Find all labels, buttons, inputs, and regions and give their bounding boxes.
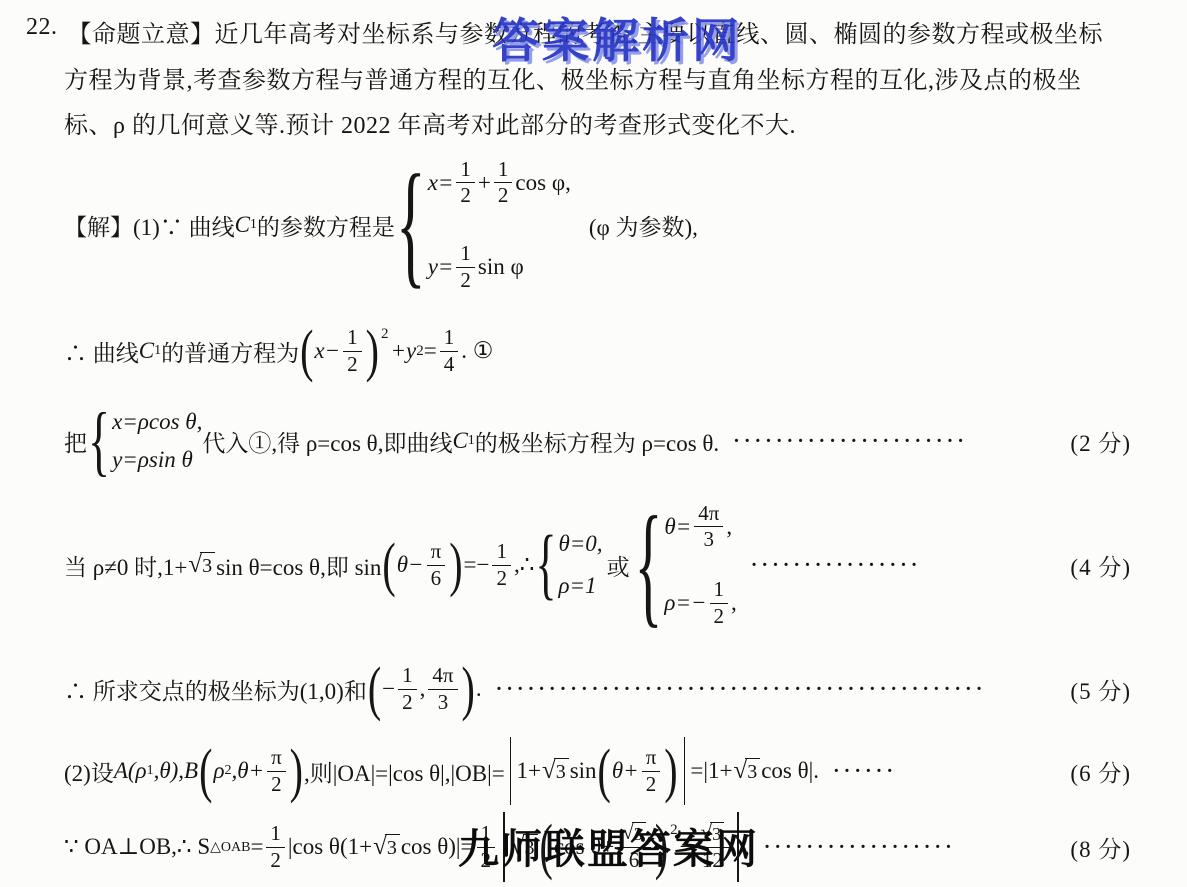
x-minus: x− (314, 338, 340, 364)
point-A: A(ρ (114, 758, 147, 784)
fraction-denominator: 3 (438, 690, 449, 715)
step4-eq: =− (464, 552, 490, 578)
dot-leader: ················ (751, 554, 1063, 577)
equation-label-1: . ① (461, 338, 493, 364)
comma: , (420, 676, 426, 702)
or-word: 或 (607, 549, 630, 582)
step6-prefix: (2)设 (64, 755, 114, 788)
squared-binomial: ( x− 12 ) 2 (299, 326, 390, 376)
case-1: θ=0, ρ=1 (558, 531, 602, 599)
right-paren: ) (664, 741, 677, 801)
left-brace: { (635, 497, 663, 633)
sqrt-radical: √3 (373, 834, 400, 860)
case1-rho: ρ=1 (558, 573, 596, 599)
fraction-numerator: 1 (494, 158, 513, 184)
rho2: ρ (213, 758, 224, 784)
fraction-denominator: 2 (714, 604, 725, 629)
period: . (476, 676, 482, 702)
fraction-numerator: π (427, 540, 446, 566)
step6-eq: =|1+ (690, 758, 732, 784)
fraction: π6 (427, 540, 446, 590)
problem-number: 22. (26, 14, 58, 49)
point-B-coords: ( ρ2 ,θ+ π2 ) (198, 746, 304, 796)
curve-subscript: 1 (468, 433, 475, 449)
fraction-denominator: 2 (646, 772, 657, 797)
sqrt-radical: √3 (542, 758, 569, 784)
fraction-numerator: 1 (266, 822, 285, 848)
x-polar: x=ρcos θ, (112, 409, 202, 435)
fraction: 12 (398, 664, 417, 714)
left-brace: { (88, 402, 110, 480)
fraction-denominator: 2 (460, 268, 471, 293)
exponent-2: 2 (381, 326, 389, 343)
abs-bar (684, 737, 686, 805)
step3-prefix: 把 (64, 425, 87, 458)
sin-argument: ( θ+ π2 ) (597, 746, 679, 796)
intro-text-3: 标、ρ 的几何意义等.预计 2022 年高考对此部分的考查形式变化不大. (64, 113, 796, 139)
fraction: 12 (710, 578, 729, 628)
triangle-subscript: △OAB (210, 839, 250, 856)
fraction-denominator: 6 (431, 566, 442, 591)
case2-theta: θ= 4π3 , (664, 502, 732, 552)
parametric-equations: x= 12 + 12 cos φ, y= 12 sin φ (428, 158, 571, 292)
x-lhs: x= (428, 170, 454, 196)
radicand: 3 (554, 758, 569, 784)
left-paren: ( (382, 535, 395, 595)
step2-mid: 的普通方程为 (161, 335, 299, 368)
solution-step-intersection-cases: 当 ρ≠0 时,1+ √3 sin θ=cos θ,即 sin ( θ− π6 … (64, 482, 1131, 648)
fraction-numerator: 1 (710, 578, 729, 604)
exam-answer-page: 答案解析网 九师联盟答案网 22. 【命题立意】近几年高考对坐标系与参数方程的考… (0, 0, 1187, 887)
equation-y: y= 12 sin φ (428, 242, 524, 292)
solution-step-intersection-result: ∴ 所求交点的极坐标为(1,0)和 ( − 12 , 4π3 ) . ·····… (64, 652, 1131, 726)
step7-abs1: |cos θ(1+ (288, 834, 372, 860)
plus-y: +y (390, 338, 416, 364)
parameter-note: (φ 为参数), (589, 209, 698, 242)
score-6: (6 分) (1070, 755, 1131, 788)
solution-step-parametric: 【解】(1)∵ 曲线 C 1 的参数方程是 { x= 12 + 12 cos φ… (64, 150, 1131, 300)
point-A-tail: ,θ), (154, 758, 184, 784)
fraction: 12 (492, 540, 511, 590)
step1-suffix: 的参数方程是 (257, 209, 395, 242)
theta-minus: θ− (397, 552, 424, 578)
curve-symbol: C (139, 338, 154, 364)
fraction-numerator: 1 (492, 540, 511, 566)
fraction-numerator: 1 (456, 158, 475, 184)
fraction-numerator: 1 (343, 326, 362, 352)
step3-tail: 的极坐标方程为 ρ=cos θ. (475, 425, 719, 458)
comma: , (731, 590, 737, 616)
solution-step-polar-equation: 把 { x=ρcos θ, y=ρsin θ 代入①,得 ρ=cos θ,即曲线… (64, 398, 1131, 484)
step5-prefix: ∴ 所求交点的极坐标为(1,0)和 (64, 673, 367, 706)
fraction: 12 (494, 158, 513, 208)
fraction-denominator: 2 (498, 183, 509, 208)
minus-sign: − (382, 676, 395, 702)
fraction-denominator: 2 (271, 772, 282, 797)
fraction-denominator: 2 (460, 183, 471, 208)
substitution-system: x=ρcos θ, y=ρsin θ (112, 409, 202, 473)
fraction: 4π3 (428, 664, 457, 714)
dot-leader: ········································… (496, 678, 1063, 701)
dot-leader: ······ (833, 760, 1062, 783)
step2-prefix: ∴ 曲线 (64, 335, 139, 368)
sqrt-radical: √3 (733, 758, 760, 784)
one-plus: 1+ (516, 758, 540, 784)
sin-phi: sin φ (478, 254, 524, 280)
radicand: 3 (745, 758, 760, 784)
fraction-denominator: 3 (704, 527, 715, 552)
point-B: B (184, 758, 198, 784)
right-paren: ) (290, 741, 303, 801)
intro-text-2: 方程为背景,考查参数方程与普通方程的互化、极坐标方程与直角坐标方程的互化,涉及点… (64, 68, 1082, 94)
fraction-numerator: 1 (456, 242, 475, 268)
y-lhs: y= (428, 254, 454, 280)
left-paren: ( (300, 322, 313, 380)
dot-leader: ······················ (733, 430, 1062, 453)
sin-word: sin (570, 758, 597, 784)
right-paren: ) (366, 322, 379, 380)
comma: , (726, 514, 732, 540)
left-paren: ( (598, 741, 611, 801)
step1-prefix: 【解】(1)∵ 曲线 (64, 209, 235, 242)
theta-plus: θ+ (612, 758, 639, 784)
curve-subscript: 1 (250, 217, 257, 233)
score-4: (4 分) (1070, 549, 1131, 582)
fraction: 4π3 (694, 502, 723, 552)
case1-theta: θ=0, (558, 531, 602, 557)
fraction-denominator: 2 (270, 848, 281, 873)
fraction: π2 (267, 746, 286, 796)
left-paren: ( (368, 659, 381, 719)
watermark-top: 答案解析网 (492, 4, 742, 71)
sqrt-radical: √3 (188, 552, 215, 578)
fraction-denominator: 2 (347, 352, 358, 377)
right-paren: ) (462, 659, 475, 719)
cos-phi: cos φ, (515, 170, 570, 196)
intro-line-3: 标、ρ 的几何意义等.预计 2022 年高考对此部分的考查形式变化不大. (64, 105, 796, 140)
fraction-numerator: π (267, 746, 286, 772)
step4-so: ,∴ (514, 552, 534, 578)
step7-prefix: ∵ OA⊥OB,∴ S (64, 834, 210, 860)
equals-sign: = (424, 338, 437, 364)
fraction: 12 (456, 242, 475, 292)
fraction-numerator: 1 (398, 664, 417, 690)
fraction-numerator: 1 (440, 326, 459, 352)
score-5: (5 分) (1070, 673, 1131, 706)
radicand: 3 (200, 552, 215, 578)
fraction: 12 (343, 326, 362, 376)
plus-sign: + (478, 170, 491, 196)
curve-symbol: C (452, 428, 467, 454)
theta-plus: ,θ+ (231, 758, 264, 784)
left-paren: ( (199, 741, 212, 801)
fraction: 12 (266, 822, 285, 872)
fraction-denominator: 2 (402, 690, 413, 715)
fraction-numerator: π (642, 746, 661, 772)
equation-x: x= 12 + 12 cos φ, (428, 158, 571, 208)
abs-bar (510, 737, 512, 805)
step4-a: 当 ρ≠0 时,1+ (64, 549, 187, 582)
fraction: 14 (440, 326, 459, 376)
score-2: (2 分) (1070, 425, 1131, 458)
theta-equals: θ= (664, 514, 691, 540)
curve-subscript: 1 (154, 343, 161, 359)
rho2-subscript: 2 (224, 763, 231, 779)
step3-mid: 代入①,得 ρ=cos θ,即曲线 (202, 425, 452, 458)
curve-symbol: C (235, 212, 250, 238)
case2-rho: ρ=− 12 , (664, 578, 736, 628)
score-8: (8 分) (1070, 831, 1131, 864)
sin-argument: ( θ− π6 ) (381, 540, 463, 590)
left-brace: { (396, 155, 426, 295)
rho-equals: ρ=− (664, 590, 706, 616)
rho1-subscript: 1 (147, 763, 154, 779)
step4-b: sin θ=cos θ,即 sin (216, 549, 381, 582)
fraction-numerator: 4π (694, 502, 723, 528)
fraction-numerator: 4π (428, 664, 457, 690)
solution-step-part2-setup: (2)设 A(ρ1,θ), B ( ρ2 ,θ+ π2 ) ,则|OA|=|co… (64, 735, 1131, 807)
case-2: θ= 4π3 , ρ=− 12 , (664, 502, 736, 628)
right-paren: ) (449, 535, 462, 595)
radicand: 3 (385, 834, 400, 860)
fraction-denominator: 2 (496, 566, 507, 591)
step6-mid: ,则|OA|=|cos θ|,|OB|= (304, 755, 505, 788)
equals-sign: = (250, 834, 263, 860)
fraction: π2 (642, 746, 661, 796)
watermark-bottom: 九师联盟答案网 (458, 816, 759, 875)
y-polar: y=ρsin θ (112, 447, 193, 473)
dot-leader: ·················· (764, 836, 1063, 859)
polar-point: ( − 12 , 4π3 ) (367, 664, 476, 714)
fraction: 12 (456, 158, 475, 208)
step6-tail: cos θ|. (761, 758, 819, 784)
solution-step-ordinary-equation: ∴ 曲线 C 1 的普通方程为 ( x− 12 ) 2 +y2 = 14 . ① (64, 314, 1131, 388)
fraction-denominator: 4 (444, 352, 455, 377)
left-brace: { (535, 525, 556, 604)
